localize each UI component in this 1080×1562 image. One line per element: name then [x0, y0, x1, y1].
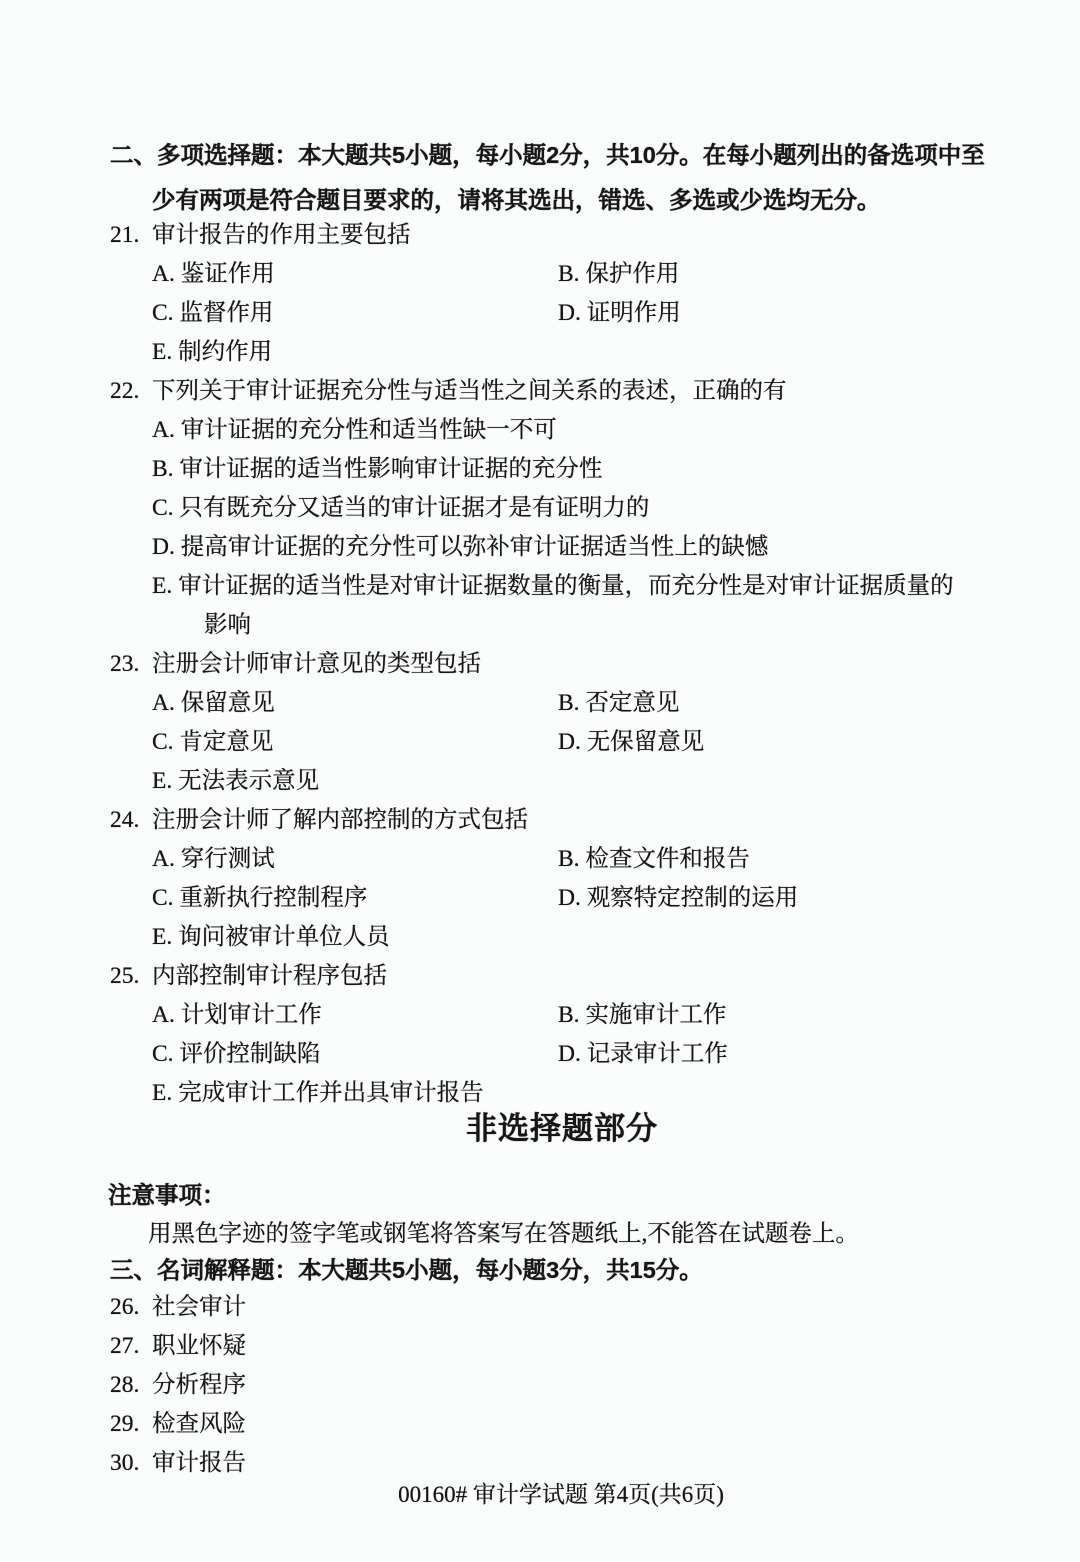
question-number: 21. — [110, 216, 139, 255]
question-21: 21. 审计报告的作用主要包括 — [0, 216, 1080, 255]
question-28: 28. 分析程序 — [0, 1366, 1080, 1405]
question-21-options-cd: C. 监督作用 D. 证明作用 — [0, 294, 1080, 333]
question-29: 29. 检查风险 — [0, 1405, 1080, 1444]
term-text: 检查风险 — [152, 1405, 246, 1444]
option-d: D. 无保留意见 — [558, 723, 704, 762]
question-number: 29. — [110, 1405, 139, 1444]
multiple-choice-section: 21. 审计报告的作用主要包括 A. 鉴证作用 B. 保护作用 C. 监督作用 … — [0, 216, 1080, 1113]
question-stem: 内部控制审计程序包括 — [152, 957, 387, 996]
question-25-options-ab: A. 计划审计工作 B. 实施审计工作 — [0, 996, 1080, 1035]
question-number: 27. — [110, 1327, 139, 1366]
notice-label: 注意事项： — [108, 1176, 226, 1210]
question-25-options-cd: C. 评价控制缺陷 D. 记录审计工作 — [0, 1035, 1080, 1074]
notice-text: 用黑色字迹的签字笔或钢笔将答案写在答题纸上,不能答在试题卷上。 — [148, 1214, 859, 1248]
question-24: 24. 注册会计师了解内部控制的方式包括 — [0, 801, 1080, 840]
question-stem: 审计报告的作用主要包括 — [152, 216, 411, 255]
option-c: C. 重新执行控制程序 — [152, 879, 367, 918]
question-24-options-cd: C. 重新执行控制程序 D. 观察特定控制的运用 — [0, 879, 1080, 918]
question-23: 23. 注册会计师审计意见的类型包括 — [0, 645, 1080, 684]
question-number: 24. — [110, 801, 139, 840]
option-e: E. 询问被审计单位人员 — [152, 918, 390, 957]
option-d: D. 证明作用 — [558, 294, 681, 333]
question-22: 22. 下列关于审计证据充分性与适当性之间关系的表述，正确的有 — [0, 372, 1080, 411]
term-text: 社会审计 — [152, 1288, 246, 1327]
term-definition-section: 26. 社会审计 27. 职业怀疑 28. 分析程序 29. 检查风险 30. … — [0, 1288, 1080, 1483]
question-22-option-b: B. 审计证据的适当性影响审计证据的充分性 — [0, 450, 1080, 489]
term-text: 职业怀疑 — [152, 1327, 246, 1366]
question-24-option-e: E. 询问被审计单位人员 — [0, 918, 1080, 957]
question-24-options-ab: A. 穿行测试 B. 检查文件和报告 — [0, 840, 1080, 879]
option-b: B. 审计证据的适当性影响审计证据的充分性 — [152, 450, 602, 489]
option-e: E. 制约作用 — [152, 333, 272, 372]
option-a: A. 鉴证作用 — [152, 255, 275, 294]
option-a: A. 审计证据的充分性和适当性缺一不可 — [152, 411, 557, 450]
option-a: A. 计划审计工作 — [152, 996, 322, 1035]
question-22-option-e-continuation: 影响 — [0, 606, 1080, 645]
exam-page: 二、多项选择题：本大题共5小题，每小题2分，共10分。在每小题列出的备选项中至 … — [0, 0, 1080, 1562]
question-23-option-e: E. 无法表示意见 — [0, 762, 1080, 801]
option-d: D. 记录审计工作 — [558, 1035, 728, 1074]
option-e: E. 审计证据的适当性是对审计证据数量的衡量，而充分性是对审计证据质量的 — [152, 567, 954, 606]
question-26: 26. 社会审计 — [0, 1288, 1080, 1327]
question-21-options-ab: A. 鉴证作用 B. 保护作用 — [0, 255, 1080, 294]
term-text: 分析程序 — [152, 1366, 246, 1405]
option-c: C. 肯定意见 — [152, 723, 273, 762]
option-c: C. 只有既充分又适当的审计证据才是有证明力的 — [152, 489, 649, 528]
question-22-option-d: D. 提高审计证据的充分性可以弥补审计证据适当性上的缺憾 — [0, 528, 1080, 567]
question-stem: 下列关于审计证据充分性与适当性之间关系的表述，正确的有 — [152, 372, 787, 411]
section2-heading-line2: 少有两项是符合题目要求的，请将其选出，错选、多选或少选均无分。 — [152, 181, 881, 215]
question-number: 28. — [110, 1366, 139, 1405]
option-c: C. 评价控制缺陷 — [152, 1035, 320, 1074]
option-b: B. 实施审计工作 — [558, 996, 726, 1035]
option-e-wrap-text: 影响 — [204, 606, 251, 645]
page-footer: 00160# 审计学试题 第4页(共6页) — [0, 1476, 1080, 1509]
option-a: A. 保留意见 — [152, 684, 275, 723]
question-21-option-e: E. 制约作用 — [0, 333, 1080, 372]
question-22-option-e: E. 审计证据的适当性是对审计证据数量的衡量，而充分性是对审计证据质量的 — [0, 567, 1080, 606]
non-choice-section-title: 非选择题部分 — [466, 1103, 658, 1148]
question-stem: 注册会计师审计意见的类型包括 — [152, 645, 481, 684]
question-25: 25. 内部控制审计程序包括 — [0, 957, 1080, 996]
option-e: E. 无法表示意见 — [152, 762, 319, 801]
question-stem: 注册会计师了解内部控制的方式包括 — [152, 801, 528, 840]
question-number: 25. — [110, 957, 139, 996]
question-number: 23. — [110, 645, 139, 684]
option-b: B. 否定意见 — [558, 684, 679, 723]
section2-heading-line1: 二、多项选择题：本大题共5小题，每小题2分，共10分。在每小题列出的备选项中至 — [110, 136, 985, 170]
option-d: D. 观察特定控制的运用 — [558, 879, 798, 918]
option-d: D. 提高审计证据的充分性可以弥补审计证据适当性上的缺憾 — [152, 528, 768, 567]
option-b: B. 保护作用 — [558, 255, 679, 294]
section3-heading: 三、名词解释题：本大题共5小题，每小题3分，共15分。 — [110, 1251, 703, 1285]
question-number: 26. — [110, 1288, 139, 1327]
question-27: 27. 职业怀疑 — [0, 1327, 1080, 1366]
option-b: B. 检查文件和报告 — [558, 840, 750, 879]
question-22-option-c: C. 只有既充分又适当的审计证据才是有证明力的 — [0, 489, 1080, 528]
option-a: A. 穿行测试 — [152, 840, 275, 879]
option-e: E. 完成审计工作并出具审计报告 — [152, 1074, 484, 1113]
question-22-option-a: A. 审计证据的充分性和适当性缺一不可 — [0, 411, 1080, 450]
question-23-options-ab: A. 保留意见 B. 否定意见 — [0, 684, 1080, 723]
question-number: 22. — [110, 372, 139, 411]
question-23-options-cd: C. 肯定意见 D. 无保留意见 — [0, 723, 1080, 762]
option-c: C. 监督作用 — [152, 294, 273, 333]
